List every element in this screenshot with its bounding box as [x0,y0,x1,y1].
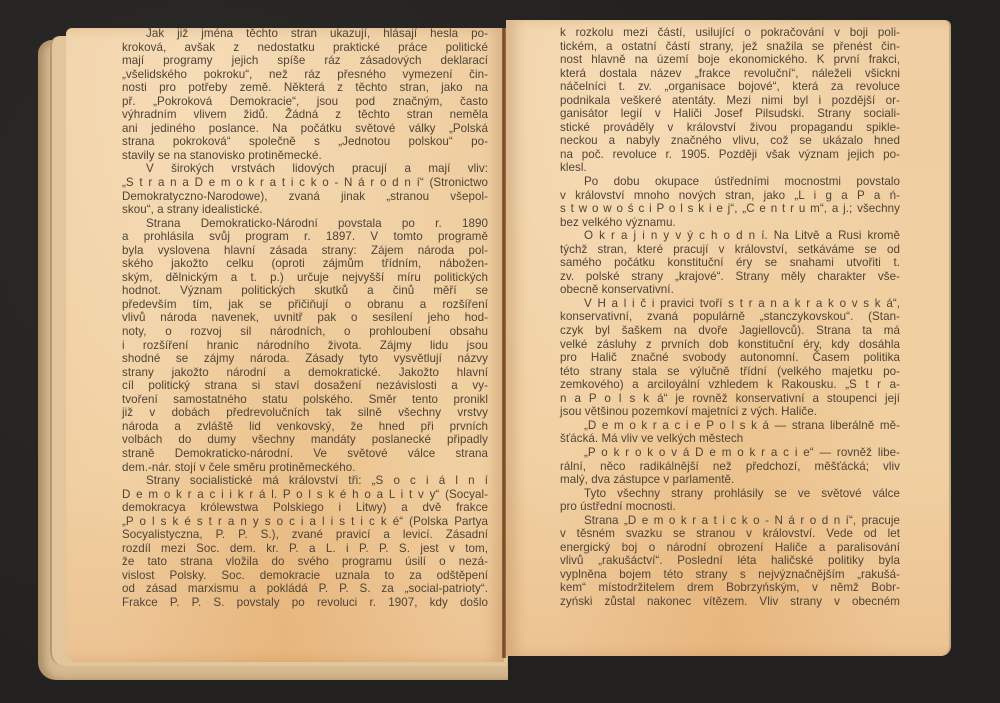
text-line: i rozšíření hranic národního života. Záj… [122,339,488,353]
text-line: tvoření samostatného statu polského. Smě… [122,393,488,407]
text-line: této strany stala se výlučně třídní (vel… [560,365,900,379]
text-line: národa a zvláště lid venkovský, že hned … [122,420,488,434]
text-line: malý, dva zástupce v parlamentě. [560,473,900,487]
text-line: týchž stran, které pracují v království,… [560,243,900,257]
text-line: neckou a nabyly značného vlivu, což se u… [560,134,900,148]
text-line: Demokratyczno-Narodowe), zvaná jinak „st… [122,190,488,204]
text-line: kroková, avšak z nedostatku praktické pr… [122,41,488,55]
text-line: náčelníci t. zv. „organisace bojové“, kt… [560,80,900,94]
left-page-text: Jak již jména těchto stran ukazují, hlás… [122,27,488,610]
text-line: „D e m o k r a c i e P o l s k á — stran… [560,419,900,433]
text-line: především tím, jak se přičiňují o obranu… [122,298,488,312]
text-line: vlivů národa navenek, uvnitř pak o sesíl… [122,311,488,325]
text-line: na poč. revoluce r. 1905. Později však v… [560,148,900,162]
text-line: hodnot. Význam politických skutků a činů… [122,284,488,298]
text-line: Po dobu okupace ústředními mocnostmi pov… [560,175,900,189]
text-line: Tyto všechny strany prohlásily se ve svě… [560,487,900,501]
text-line: nosti pro potřeby země. Některá z těchto… [122,81,488,95]
text-line: „všelidského pokroku“, než ráz přesného … [122,68,488,82]
text-line: rální, něco radikálnější než předchozí, … [560,460,900,474]
text-line: obecně konservativní. [560,283,900,297]
text-line: ského jakožto celku (oproti zájmům třídn… [122,257,488,271]
text-line: V širokých vrstvách lidových pracují a m… [122,162,488,176]
text-line: ským, dělnickým a t. p.) určuje nejvyšší… [122,271,488,285]
text-line: vislost Polsky. Soc. demokracie uznala t… [122,569,488,583]
text-line: s t w o w o ś c i P o l s k i e j“, „C e… [560,202,900,216]
text-line: „P o l s k é s t r a n y s o c i a l i s… [122,515,488,529]
text-line: zemkového) a arciloyální vzhledem k Rako… [560,378,900,392]
text-line: stické prováděly v království živou prop… [560,121,900,135]
text-line: kem“ místodržitelem drem Bobrzyńským, v … [560,581,900,595]
text-line: „P o k r o k o v á D e m o k r a c i e“ … [560,446,900,460]
text-line: V H a l i č i pravici tvoří s t r a n a … [560,297,900,311]
text-line: n a P o l s k á“ je rovněž konservativní… [560,392,900,406]
text-line: Jak již jména těchto stran ukazují, hlás… [122,27,488,41]
text-line: klesl. [560,161,900,175]
text-line: Socyalistyczna, P. P. S.), zvané pravicí… [122,528,488,542]
text-line: byla vyslovena hlavní zásada strany: Záj… [122,244,488,258]
text-line: mají programy jejich spíše ráz zásadovýc… [122,54,488,68]
text-line: strany jakožto národní a demokratické. J… [122,366,488,380]
text-line: energický boj o národní obrození Haliče … [560,541,900,555]
text-line: samého počátku konstituční éry se snaham… [560,256,900,270]
text-line: rozdíl mezi Soc. dem. kr. P. a L. i P. P… [122,542,488,556]
text-line: Strana Demokraticko-Národní povstala po … [122,217,488,231]
text-line: skou“, a strany idealistické. [122,203,488,217]
text-line: již v dobách předrevolučních tak silně v… [122,406,488,420]
text-line: zv. polské strany „krajové“. Strany měly… [560,270,900,284]
text-line: podnikala veškeré atentáty. Mezi nimi by… [560,94,900,108]
text-line: která dostala název „frakce revoluční“, … [560,67,900,81]
text-line: od zásad marxismu a pokládá P. P. S. za … [122,582,488,596]
text-line: že tato strana vložila do svého programu… [122,555,488,569]
text-line: noty, o rozvoj sil národních, o prohloub… [122,325,488,339]
text-line: „S t r a n a D e m o k r a t i c k o - N… [122,176,488,190]
text-line: Frakce P. P. S. povstaly po revoluci r. … [122,596,488,610]
text-line: shodné se zájmy národa. Zásady tyto vysv… [122,352,488,366]
text-line: v království mnoho nových stran, jako „L… [560,189,900,203]
text-line: jsou většinou pozemkoví majetníci z vých… [560,405,900,419]
text-line: cíl politický strana si staví dosažení n… [122,379,488,393]
text-line: stavily se na stanovisko protiněmecké. [122,149,488,163]
text-line: ganisátor legií v Haliči Josef Pilsudski… [560,107,900,121]
text-line: D e m o k r a c i i k r á l. P o l s k é… [122,488,488,502]
text-line: pro ústřední mocnosti. [560,500,900,514]
text-line: strana pokroková“ společně s „Jednotou p… [122,135,488,149]
text-line: ani jediného poslance. Na počátku světov… [122,122,488,136]
text-line: tickém, a ostatní částí strany, jež snaž… [560,40,900,54]
text-line: O k r a j i n y v ý c h o d n í. Na Litv… [560,229,900,243]
text-line: czyk byl šaškem na dvoře Jagiellovců). S… [560,324,900,338]
text-line: v těsném svazku se stranou v království.… [560,527,900,541]
text-line: Strana „D e m o k r a t i c k o - N á r … [560,514,900,528]
open-book: Jak již jména těchto stran ukazují, hlás… [0,0,1000,703]
text-line: k rozkolu mezi částí, usilující o pokrač… [560,26,900,40]
text-line: Strany socialistické má království tři: … [122,474,488,488]
text-line: vlivů „rakušáctví“. Poslední léta haličs… [560,554,900,568]
text-line: demokracya królewstwa Polskiego i Litwy)… [122,501,488,515]
text-line: velké zásluhy z prvních dob konstituční … [560,338,900,352]
text-line: pro Halič značné svobody autonomní. Čase… [560,351,900,365]
text-line: zyński zůstal nakonec vítězem. Vliv stra… [560,595,900,609]
text-line: vyplněna bojem této strany s nejvýznačně… [560,568,900,582]
text-line: dem.-nár. stojí v čele směru protiněmeck… [122,461,488,475]
text-line: a prohlásila svůj program r. 1897. V tom… [122,230,488,244]
text-line: výhradním vlivem židů. Žádná z těchto st… [122,108,488,122]
text-line: konservativní, zvaná populárně „stanczyk… [560,310,900,324]
text-line: nost hlavně na území boje ekonomického. … [560,53,900,67]
text-line: šťácká. Má vliv ve velkých městech [560,432,900,446]
text-line: bez velkého významu. [560,216,900,230]
text-line: volbách do dumy všechny mandáty poslanec… [122,433,488,447]
right-page-text: k rozkolu mezi částí, usilující o pokrač… [560,26,900,609]
book-spine-gutter [502,28,506,658]
text-line: straně Demokraticko-národní. Ve světové … [122,447,488,461]
text-line: př. „Pokroková Demokracie“, jsou pod zna… [122,95,488,109]
